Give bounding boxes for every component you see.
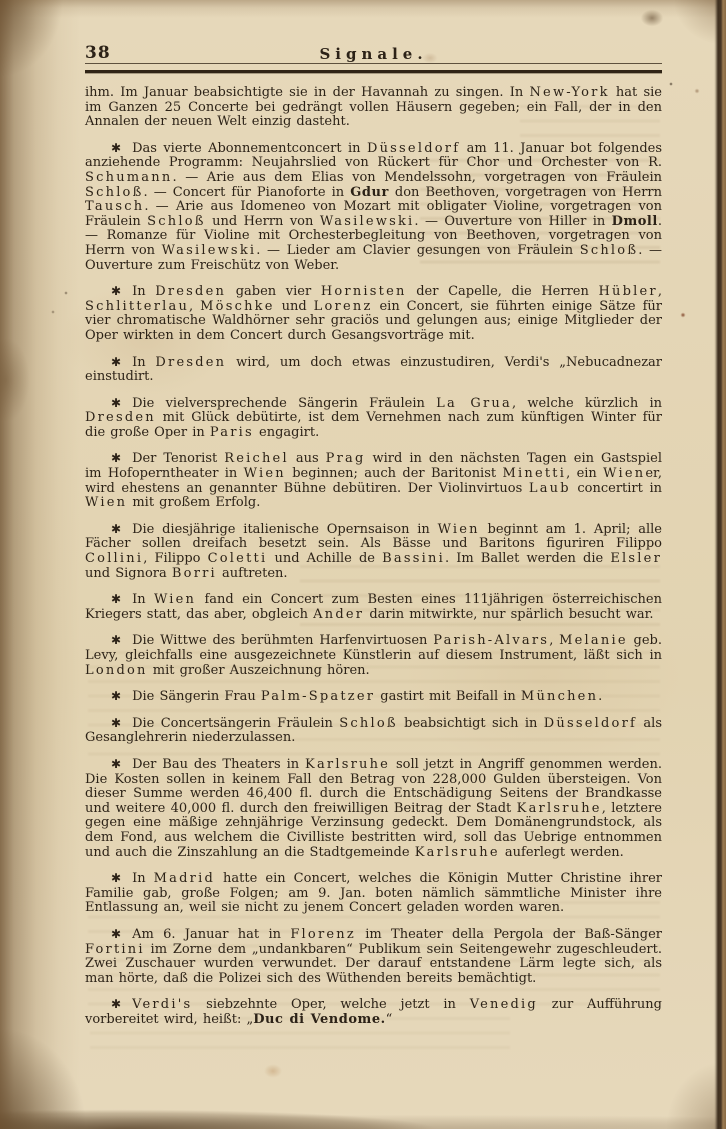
emphasized-name: Düsseldorf [544,716,637,731]
asterisk-marker: ✱ [111,396,132,410]
emphasized-name: Tausch [85,199,144,214]
emphasized-name: Minetti [502,466,566,481]
emphasized-name: Fortini [85,942,145,957]
emphasized-name: Laub [529,481,571,496]
emphasized-name: Schloß [339,716,398,731]
asterisk-marker: ✱ [111,633,132,647]
emphasized-name: Parish-Alvars [433,633,549,648]
emphasized-name: Schumann [85,170,172,185]
asterisk-marker: ✱ [111,451,132,465]
emphasized-name: Dresden [155,355,226,370]
asterisk-marker: ✱ [111,997,132,1011]
news-paragraph: ✱In Dresden gaben vier Hornisten der Cap… [85,284,662,343]
emphasized-name: Wien [438,522,480,537]
news-paragraph: ✱Die Wittwe des berühmten Harfenvirtuose… [85,633,662,678]
emphasized-name: Paris [210,425,254,440]
news-paragraph: ihm. Im Januar beabsichtigte sie in der … [85,86,662,130]
asterisk-marker: ✱ [111,927,132,941]
asterisk-marker: ✱ [111,757,132,771]
page-content: 38 Signale. ihm. Im Januar beabsichtigte… [0,0,726,1027]
emphasized-name: La Grua [436,396,512,411]
header-rule-thin [85,63,662,64]
emphasized-name: Karlsruhe [415,845,500,860]
emphasized-name: Wien [603,466,645,481]
news-paragraph: ✱Die Sängerin Frau Palm-Spatzer gastirt … [85,689,662,705]
emphasized-name: New-York [529,85,609,100]
emphasized-name: Schloß [580,243,639,258]
antiqua-term: Dmoll [612,214,658,229]
emphasized-name: Hornisten [321,284,407,299]
emphasized-name: Karlsruhe [517,801,602,816]
emphasized-name: Düsseldorf [367,141,460,156]
antiqua-term: Duc di Vendome. [253,1012,385,1027]
emphasized-name: Schlitterlau [85,299,189,314]
emphasized-name: London [85,663,148,678]
emphasized-name: Wien [154,592,196,607]
emphasized-name: Dresden [85,410,156,425]
asterisk-marker: ✱ [111,522,132,536]
emphasized-name: Venedig [470,997,538,1012]
header-rule-thick [85,70,662,73]
emphasized-name: Elsler [610,551,662,566]
news-paragraph: ✱Am 6. Januar hat in Florenz im Theater … [85,927,662,986]
news-paragraph: ✱Verdi's siebzehnte Oper, welche jetzt i… [85,997,662,1027]
news-paragraph: ✱In Madrid hatte ein Concert, welches di… [85,871,662,916]
news-paragraph: ✱Die vielversprechende Sängerin Fräulein… [85,396,662,441]
asterisk-marker: ✱ [111,871,132,885]
emphasized-name: Prag [326,451,366,466]
news-paragraph: ✱Das vierte Abonnementconcert in Düsseld… [85,141,662,273]
emphasized-name: Collini [85,551,143,566]
scanned-journal-page: 38 Signale. ihm. Im Januar beabsichtigte… [0,0,726,1129]
article-column: ihm. Im Januar beabsichtigte sie in der … [85,86,662,1027]
news-paragraph: ✱In Wien fand ein Concert zum Besten ein… [85,592,662,622]
emphasized-name: Dresden [155,284,226,299]
emphasized-name: Coletti [208,551,268,566]
news-paragraph: ✱Der Bau des Theaters in Karlsruhe soll … [85,757,662,860]
antiqua-term: Gdur [350,185,389,200]
emphasized-name: Madrid [154,871,215,886]
journal-title: Signale. [85,45,662,63]
emphasized-name: Lorenz [314,299,373,314]
emphasized-name: Ander [313,607,364,622]
news-paragraph: ✱In Dresden wird, um doch etwas einzustu… [85,355,662,385]
emphasized-name: Wasilewski [320,214,415,229]
emphasized-name: Palm-Spatzer [261,689,375,704]
news-paragraph: ✱Der Tenorist Reichel aus Prag wird in d… [85,451,662,510]
emphasized-name: Bassini [382,551,445,566]
emphasized-name: Möschke [200,299,275,314]
news-paragraph: ✱Die diesjährige italienische Opernsaiso… [85,522,662,581]
emphasized-name: München [521,689,598,704]
emphasized-name: Florenz [290,927,356,942]
emphasized-name: Reichel [224,451,289,466]
emphasized-name: Melanie [559,633,628,648]
emphasized-name: Borri [172,566,217,581]
asterisk-marker: ✱ [111,592,132,606]
emphasized-name: Wien [85,495,127,510]
news-paragraph: ✱Die Concertsängerin Fräulein Schloß bea… [85,716,662,746]
emphasized-name: Wasilewski [162,243,257,258]
asterisk-marker: ✱ [111,284,132,298]
emphasized-name: Schloß [147,214,206,229]
emphasized-name: Verdi's [132,997,192,1012]
emphasized-name: Wien [244,466,286,481]
asterisk-marker: ✱ [111,716,132,730]
emphasized-name: Karlsruhe [305,757,390,772]
asterisk-marker: ✱ [111,141,132,155]
emphasized-name: Hübler [599,284,658,299]
emphasized-name: Schloß [85,185,144,200]
asterisk-marker: ✱ [111,355,132,369]
asterisk-marker: ✱ [111,689,132,703]
masthead: 38 Signale. [85,43,662,62]
